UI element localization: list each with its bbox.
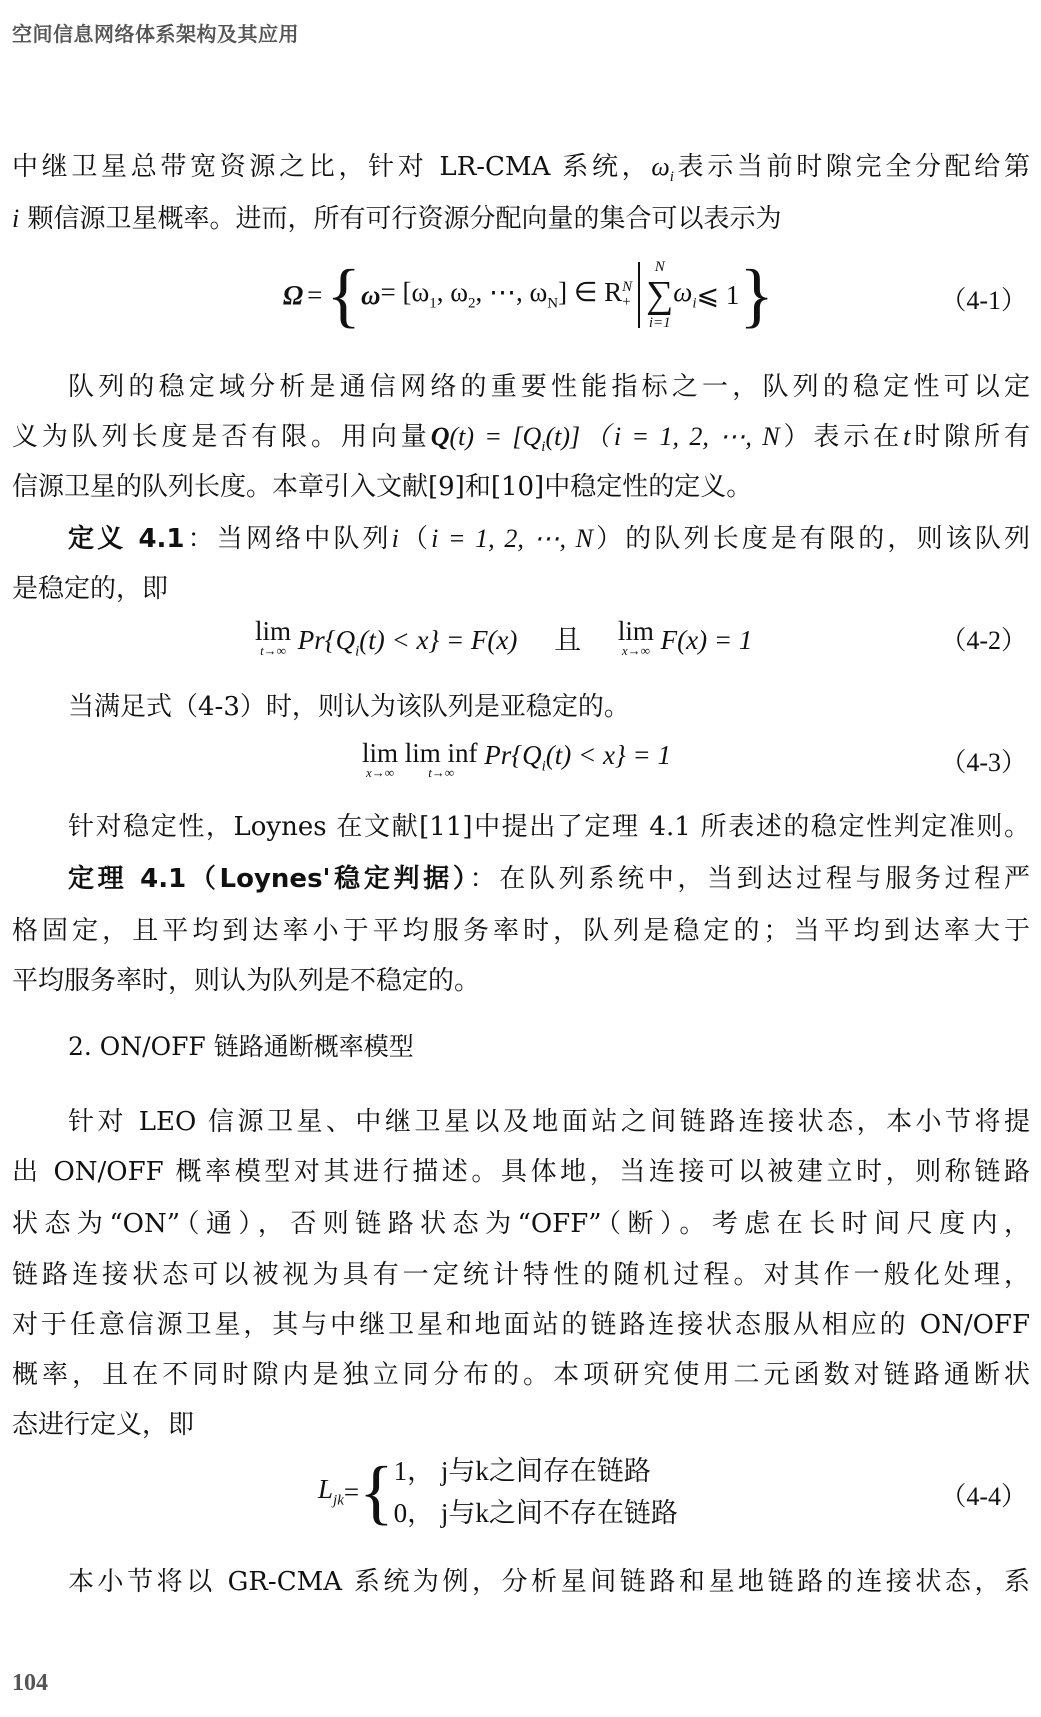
section-heading: 2. ON/OFF 链路通断概率模型 — [68, 1030, 1030, 1064]
body-line: 义为队列长度是否有限。用向量Q(t) = [Qi(t)]（i = 1, 2, ⋯… — [12, 420, 1030, 464]
cases: 1， j与k之间存在链路 0， j与k之间不存在链路 — [394, 1450, 678, 1534]
body-line: 平均服务率时，则认为队列是不稳定的。 — [12, 964, 1030, 998]
body-line: 中继卫星总带宽资源之比，针对 LR-CMA 系统，ωi表示当前时隙完全分配给第 — [12, 150, 1030, 194]
text-span: 颗信源卫星概率。进而，所有可行资源分配向量的集合可以表示为 — [28, 204, 782, 234]
case-row: 0， j与k之间不存在链路 — [394, 1492, 678, 1534]
left-brace: { — [359, 1456, 394, 1528]
left-brace: { — [326, 259, 361, 331]
limit-inf: lim inft→∞ — [405, 740, 478, 780]
equation-4-3: limx→∞ lim inft→∞ Pr{Qi(t) < x} = 1 — [362, 740, 671, 780]
conjunction: 且 — [554, 625, 581, 656]
math-omega-set: Ω — [283, 280, 303, 311]
equation-4-4: Ljk = { 1， j与k之间存在链路 0， j与k之间不存在链路 — [318, 1450, 678, 1534]
body-line: 态进行定义，即 — [12, 1408, 1030, 1442]
text-span: 中继卫星总带宽资源之比，针对 LR-CMA 系统， — [12, 152, 651, 182]
math-omega-vec: ω — [361, 280, 381, 311]
body-line: 信源卫星的队列长度。本章引入文献[9]和[10]中稳定性的定义。 — [12, 470, 1030, 504]
equation-number: （4-1） — [940, 280, 1027, 317]
theorem-label: 定理 4.1（Loynes'稳定判据） — [68, 864, 470, 894]
body-line: 格固定，且平均到达率小于平均服务率时，队列是稳定的；当平均到达率大于 — [12, 914, 1030, 948]
case-row: 1， j与k之间存在链路 — [394, 1450, 678, 1492]
body-line: 对于任意信源卫星，其与中继卫星和地面站的链路连接状态服从相应的 ON/OFF — [12, 1308, 1030, 1342]
body-line: 状态为“ON”（通），否则链路状态为“OFF”（断）。考虑在长时间尺度内， — [12, 1207, 1030, 1241]
right-brace: } — [739, 259, 774, 331]
math-eq: = — [307, 280, 322, 311]
body-line: 当满足式（4-3）时，则认为该队列是亚稳定的。 — [68, 690, 1030, 724]
definition-label: 定义 4.1 — [68, 524, 185, 554]
body-line: 出 ON/OFF 概率模型对其进行描述。具体地，当连接可以被建立时，则称链路 — [12, 1155, 1030, 1189]
math-i: i — [12, 204, 19, 233]
body-line: i 颗信源卫星概率。进而，所有可行资源分配向量的集合可以表示为 — [12, 202, 1030, 236]
math-omega-i: ωi — [651, 152, 674, 181]
body-line: 链路连接状态可以被视为具有一定统计特性的随机过程。对其作一般化处理， — [12, 1258, 1030, 1292]
equation-number: （4-3） — [940, 742, 1027, 779]
text-span: 表示当前时隙完全分配给第 — [674, 152, 1030, 182]
body-line: 概率，且在不同时隙内是独立同分布的。本项研究使用二元函数对链路通断状 — [12, 1358, 1030, 1392]
body-line: 本小节将以 GR-CMA 系统为例，分析星间链路和星地链路的连接状态，系 — [68, 1565, 1030, 1599]
math-text: ⩽ 1 — [697, 280, 740, 311]
limit: limx→∞ — [618, 618, 654, 658]
limit: limx→∞ — [362, 740, 398, 780]
equation-number: （4-4） — [940, 1476, 1027, 1513]
equation-4-2: limt→∞ Pr{Qi(t) < x} = F(x) 且 limx→∞ F(x… — [255, 618, 752, 660]
limit: limt→∞ — [255, 618, 291, 658]
running-header: 空间信息网络体系架构及其应用 — [12, 18, 299, 47]
equation-4-1: Ω = { ω = [ω1, ω2, ⋯, ωN] ∈ RN+ N ∑ i=1 … — [283, 240, 774, 350]
theorem-4-1: 定理 4.1（Loynes'稳定判据）：在队列系统中，当到达过程与服务过程严 — [68, 862, 1030, 896]
definition-4-1: 定义 4.1：当网络中队列i（i = 1, 2, ⋯, N）的队列长度是有限的，… — [68, 522, 1030, 556]
body-line: 针对稳定性，Loynes 在文献[11]中提出了定理 4.1 所表述的稳定性判定… — [68, 810, 1030, 844]
conditional-bar — [638, 262, 640, 328]
equation-number: （4-2） — [940, 620, 1027, 657]
body-line: 队列的稳定域分析是通信网络的重要性能指标之一，队列的稳定性可以定 — [68, 370, 1030, 404]
page-number: 104 — [12, 1670, 48, 1697]
math-text: = [ω — [380, 277, 429, 307]
body-line: 是稳定的，即 — [12, 572, 1030, 606]
summation: N ∑ i=1 — [646, 257, 673, 333]
math-eq: = — [344, 1477, 359, 1508]
body-line: 针对 LEO 信源卫星、中继卫星以及地面站之间链路连接状态，本小节将提 — [68, 1105, 1030, 1139]
